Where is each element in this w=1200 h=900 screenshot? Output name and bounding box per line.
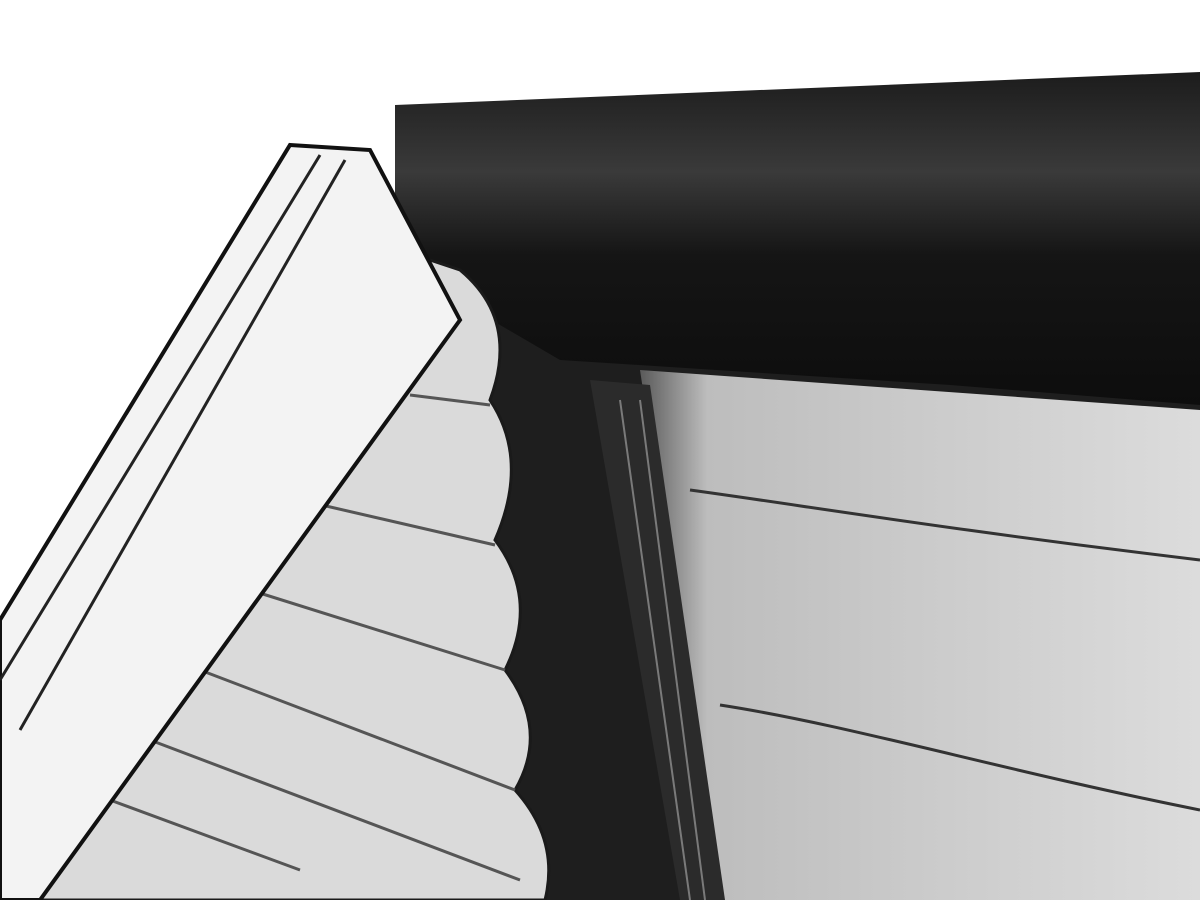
- wall-boards: [640, 370, 1200, 900]
- photo-scene: [0, 0, 1200, 900]
